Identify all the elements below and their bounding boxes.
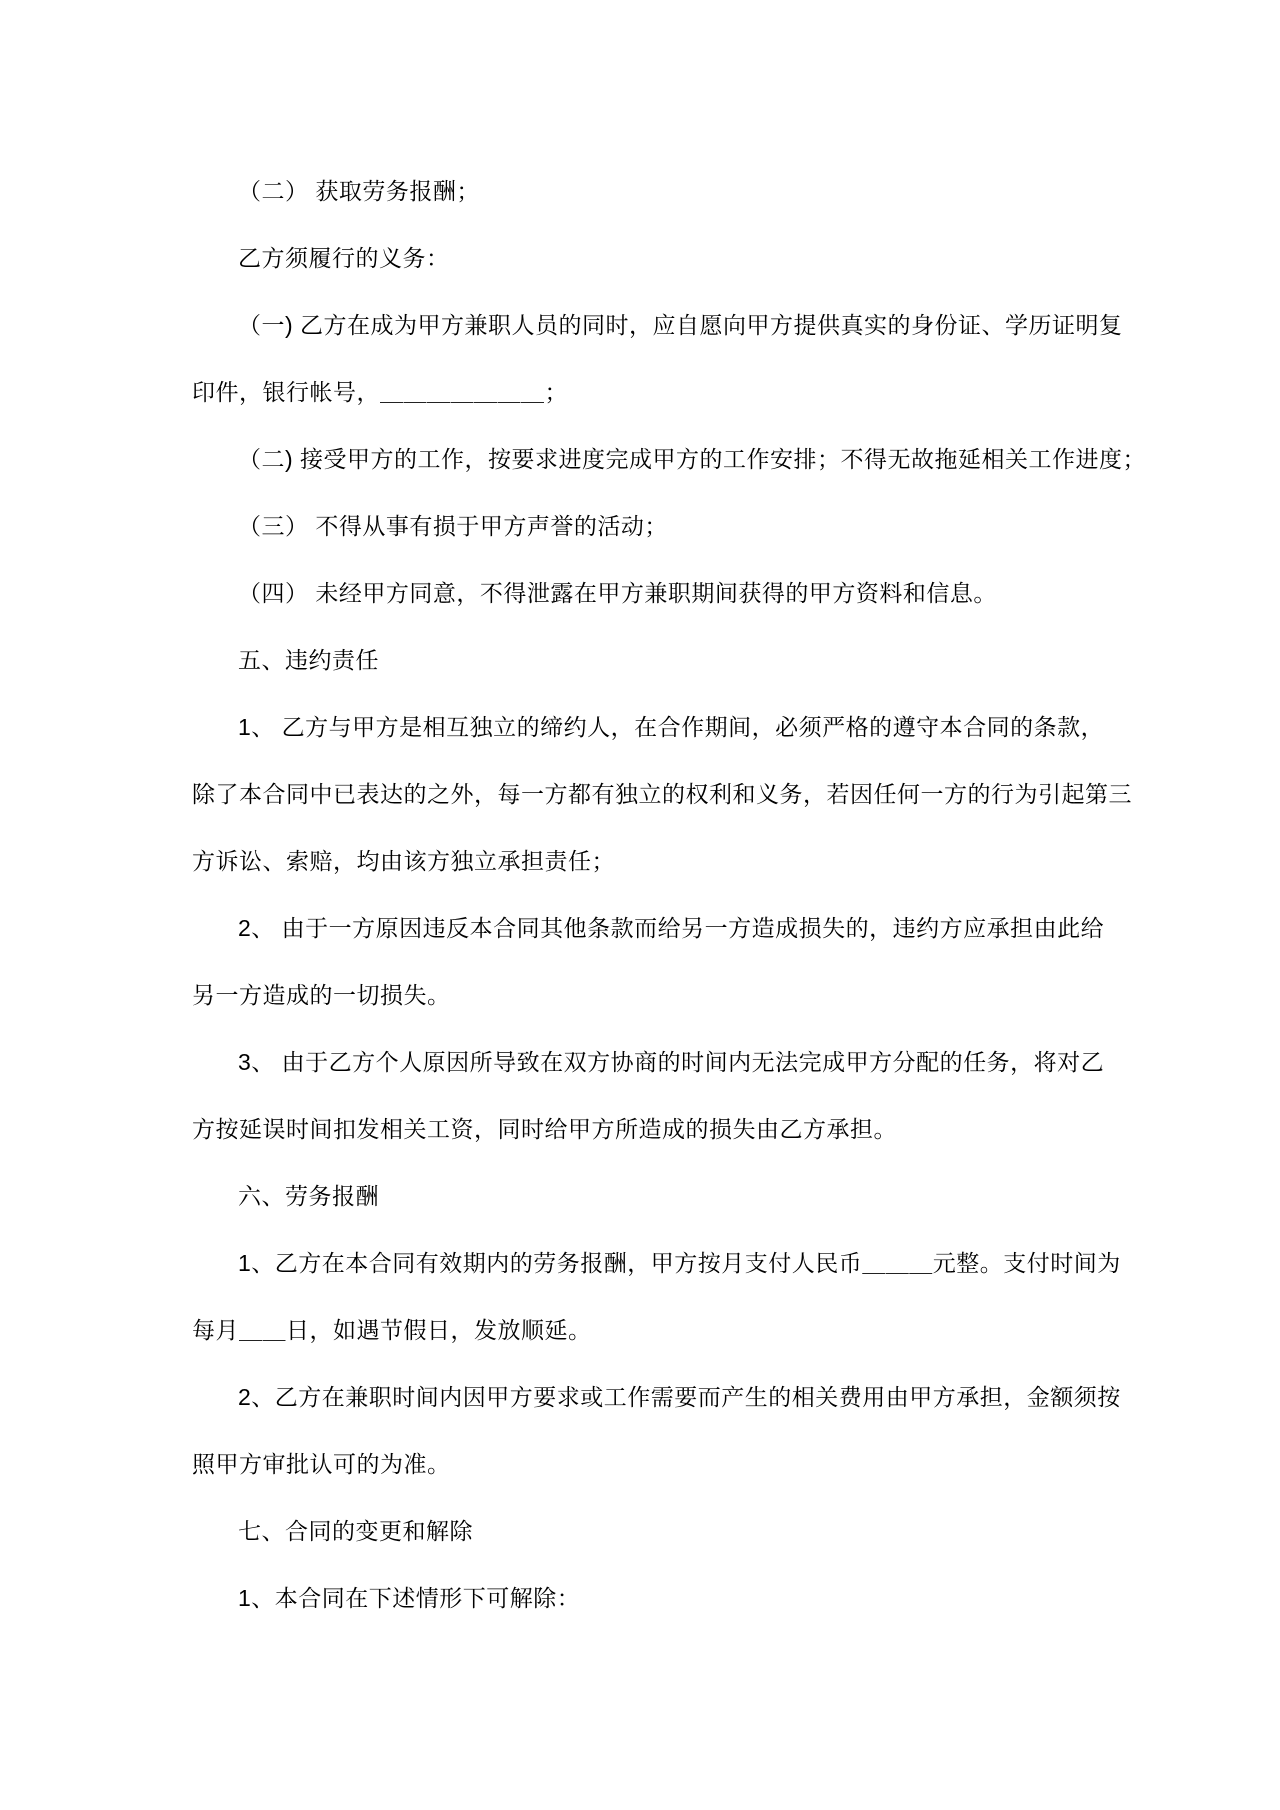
document-line: 1、 乙方与甲方是相互独立的缔约人，在合作期间，必须严格的遵守本合同的条款，: [192, 694, 1092, 761]
document-line: （二） 获取劳务报酬；: [192, 158, 1092, 225]
document-section-heading: 七、合同的变更和解除: [192, 1498, 1092, 1565]
document-line: 2、 由于一方原因违反本合同其他条款而给另一方造成损失的，违约方应承担由此给: [192, 895, 1092, 962]
document-line: 每月＿＿日，如遇节假日，发放顺延。: [192, 1297, 1092, 1364]
document-line: 1、乙方在本合同有效期内的劳务报酬，甲方按月支付人民币＿＿＿元整。支付时间为: [192, 1230, 1092, 1297]
document-line: 印件，银行帐号，＿＿＿＿＿＿＿；: [192, 359, 1092, 426]
document-page: （二） 获取劳务报酬； 乙方须履行的义务： （一) 乙方在成为甲方兼职人员的同时…: [0, 0, 1280, 1810]
document-line: 照甲方审批认可的为准。: [192, 1431, 1092, 1498]
document-line: 另一方造成的一切损失。: [192, 962, 1092, 1029]
document-section-heading: 六、劳务报酬: [192, 1163, 1092, 1230]
document-line: （一) 乙方在成为甲方兼职人员的同时，应自愿向甲方提供真实的身份证、学历证明复: [192, 292, 1092, 359]
document-line: 3、 由于乙方个人原因所导致在双方协商的时间内无法完成甲方分配的任务，将对乙: [192, 1029, 1092, 1096]
document-content: （二） 获取劳务报酬； 乙方须履行的义务： （一) 乙方在成为甲方兼职人员的同时…: [0, 0, 1280, 1632]
document-line: 1、本合同在下述情形下可解除：: [192, 1565, 1092, 1632]
document-line: 2、乙方在兼职时间内因甲方要求或工作需要而产生的相关费用由甲方承担，金额须按: [192, 1364, 1092, 1431]
document-line: 方按延误时间扣发相关工资，同时给甲方所造成的损失由乙方承担。: [192, 1096, 1092, 1163]
document-line: 乙方须履行的义务：: [192, 225, 1092, 292]
document-line: （三） 不得从事有损于甲方声誉的活动；: [192, 493, 1092, 560]
document-section-heading: 五、违约责任: [192, 627, 1092, 694]
document-line: （四） 未经甲方同意，不得泄露在甲方兼职期间获得的甲方资料和信息。: [192, 560, 1092, 627]
document-line: （二) 接受甲方的工作，按要求进度完成甲方的工作安排；不得无故拖延相关工作进度；: [192, 426, 1092, 493]
document-line: 除了本合同中已表达的之外，每一方都有独立的权利和义务，若因任何一方的行为引起第三: [192, 761, 1092, 828]
document-line: 方诉讼、索赔，均由该方独立承担责任；: [192, 828, 1092, 895]
